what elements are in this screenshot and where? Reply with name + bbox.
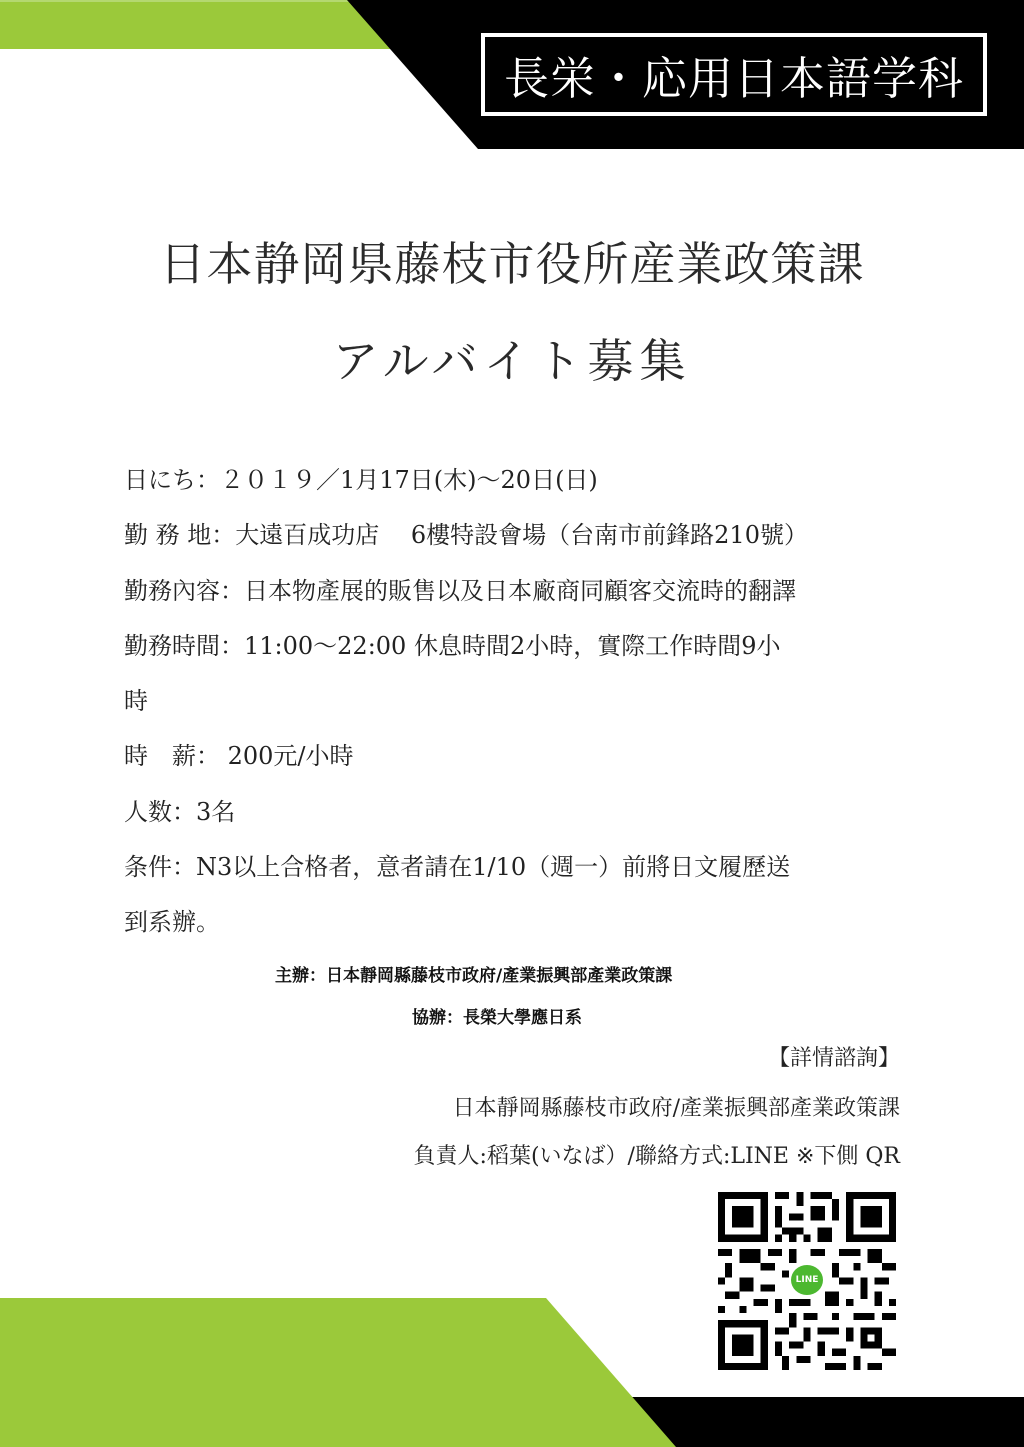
detail-headcount: 人数：3名: [124, 794, 904, 849]
detail-duties: 勤務內容：日本物產展的販售以及日本廠商同顧客交流時的翻譯: [124, 573, 904, 628]
title-recruitment: アルバイト募集: [0, 325, 1024, 391]
organizer-main: 主辦：日本靜岡縣藤枝市政府/產業振興部產業政策課: [275, 961, 672, 986]
organizer-co: 協辦：長榮大學應日系: [412, 1003, 582, 1028]
detail-location: 勤 務 地：大遠百成功店 6樓特設會場（台南市前鋒路210號）: [124, 517, 904, 572]
title-organization: 日本静岡県藤枝市役所産業政策課: [0, 228, 1024, 294]
contact-person: 負責人:稻葉(いなば）/聯絡方式:LINE ※下側 QR: [414, 1139, 900, 1170]
department-label-box: 長栄・応用日本語学科: [481, 33, 987, 116]
department-label: 長栄・応用日本語学科: [504, 42, 964, 107]
detail-requirements-cont: 到系辦。: [124, 904, 904, 959]
contact-heading: 【詳情諮詢】: [768, 1041, 900, 1072]
job-details: 日にち：２０１９／1月17日(木)～20日(日) 勤 務 地：大遠百成功店 6樓…: [124, 462, 904, 960]
detail-requirements: 条件：N3以上合格者，意者請在1/10（週一）前將日文履歷送: [124, 849, 904, 904]
line-logo-icon: LINE: [789, 1263, 825, 1297]
detail-hours: 勤務時間：11:00～22:00 休息時間2小時，實際工作時間9小: [124, 628, 904, 683]
top-green-band: [0, 0, 400, 49]
detail-wage: 時 薪： 200元/小時: [124, 738, 904, 793]
detail-hours-cont: 時: [124, 683, 904, 738]
contact-organization: 日本靜岡縣藤枝市政府/產業振興部產業政策課: [453, 1091, 900, 1122]
detail-date: 日にち：２０１９／1月17日(木)～20日(日): [124, 462, 904, 517]
